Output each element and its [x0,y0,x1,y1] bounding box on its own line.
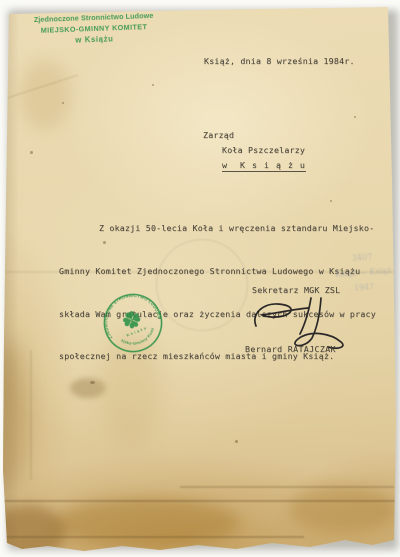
header-stamp-place-line: w Książu [28,33,160,47]
four-leaf-clover-icon [121,309,143,331]
fold-crease [30,350,32,480]
signature-stroke [255,304,308,326]
body-line: Z okazji 50-lecia Koła i wręczenia sztan… [59,221,361,235]
signer-name: Bernard RATAJCZAK [245,344,336,354]
recipient-name: Koła Pszczelarzy [222,145,305,155]
stain-blob [288,486,396,532]
paper-speck [235,440,238,443]
paper-speck [354,116,356,118]
paper-speck [30,151,33,154]
paper-speck [62,102,64,104]
signature-stroke [295,298,343,348]
signature-stroke [300,298,311,334]
stain-blob [0,340,28,490]
paper-speck [152,84,154,86]
letter-paper: Zjednoczone Stronnictwo Ludowe MIEJSKO-G… [0,0,400,557]
stain-blob [20,60,70,130]
handwritten-signature [248,296,360,350]
fold-crease [4,536,304,538]
header-rect-stamp: Zjednoczone Stronnictwo Ludowe MIEJSKO-G… [27,11,160,47]
fold-crease [4,500,396,502]
scanned-letter-canvas: Zjednoczone Stronnictwo Ludowe MIEJSKO-G… [0,0,400,557]
stamp-center-text: K s i ą ż u [126,326,147,338]
fold-crease [180,486,394,488]
recipient-org: Zarząd [203,130,234,140]
recipient-place-underlined: w K s i ą ż u [222,160,306,172]
signer-title: Sekretarz MGK ZSL [252,285,340,295]
dateline: Książ, dnia 8 września 1984r. [204,56,355,66]
stain-blob [55,498,240,548]
faint-stamp-impression [156,239,248,331]
